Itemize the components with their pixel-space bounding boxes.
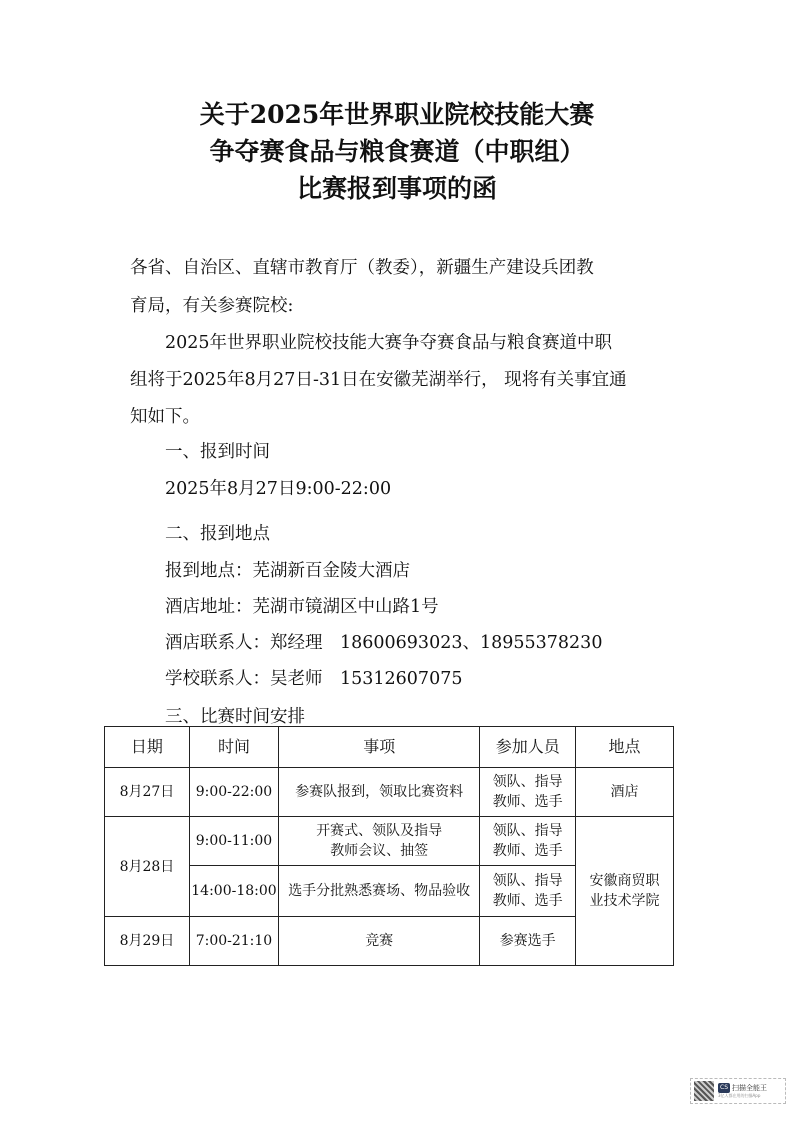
scanner-watermark: CS 扫描全能王 3亿人都在用的扫描App — [690, 1078, 786, 1104]
cell-time: 9:00-22:00 — [189, 768, 278, 817]
title-line-1: 关于2025年世界职业院校技能大赛 — [0, 97, 794, 133]
cell-item: 参赛队报到，领取比赛资料 — [279, 768, 480, 817]
cell-item: 竞赛 — [279, 917, 480, 966]
title-line-2: 争夺赛食品与粮食赛道（中职组） — [0, 134, 794, 170]
salutation-line-1: 各省、自治区、直辖市教育厅（教委），新疆生产建设兵团教 — [130, 254, 594, 279]
header-item: 事项 — [279, 727, 480, 768]
school-contact: 学校联系人：吴老师 15312607075 — [165, 665, 462, 690]
section-3-heading: 三、比赛时间安排 — [165, 703, 305, 728]
qr-code-icon — [694, 1081, 714, 1101]
cell-item: 开赛式、领队及指导教师会议、抽签 — [279, 817, 480, 866]
cell-item: 选手分批熟悉赛场、物品验收 — [279, 866, 480, 917]
header-place: 地点 — [576, 727, 674, 768]
cell-time: 7:00-21:10 — [189, 917, 278, 966]
table-header-row: 日期 时间 事项 参加人员 地点 — [105, 727, 674, 768]
people-line: 领队、指导 — [480, 821, 575, 841]
table-row: 8月27日 9:00-22:00 参赛队报到，领取比赛资料 领队、指导教师、选手… — [105, 768, 674, 817]
schedule-table: 日期 时间 事项 参加人员 地点 8月27日 9:00-22:00 参赛队报到，… — [104, 726, 674, 966]
header-date: 日期 — [105, 727, 190, 768]
people-line: 领队、指导 — [480, 772, 575, 792]
cell-time: 14:00-18:00 — [189, 866, 278, 917]
camscanner-logo-icon: CS — [718, 1083, 730, 1093]
section-1-heading: 一、报到时间 — [165, 438, 270, 463]
checkin-location: 报到地点：芜湖新百金陵大酒店 — [165, 557, 410, 582]
cell-place: 安徽商贸职业技术学院 — [576, 817, 674, 966]
salutation-line-2: 育局，有关参赛院校: — [130, 292, 293, 317]
people-line: 教师、选手 — [480, 792, 575, 812]
intro-line-1: 2025年世界职业院校技能大赛争夺赛食品与粮食赛道中职 — [165, 329, 612, 354]
cell-date: 8月27日 — [105, 768, 190, 817]
item-line: 教师会议、抽签 — [279, 841, 479, 861]
item-line: 开赛式、领队及指导 — [279, 821, 479, 841]
people-line: 教师、选手 — [480, 891, 575, 911]
header-time: 时间 — [189, 727, 278, 768]
intro-line-2: 组将于2025年8月27日-31日在安徽芜湖举行， 现将有关事宜通 — [130, 366, 627, 391]
hotel-contact: 酒店联系人：郑经理 18600693023、18955378230 — [165, 629, 602, 654]
cell-date: 8月29日 — [105, 917, 190, 966]
cell-people: 参赛选手 — [480, 917, 576, 966]
cell-people: 领队、指导教师、选手 — [480, 768, 576, 817]
intro-line-3: 知如下。 — [130, 403, 200, 428]
cell-people: 领队、指导教师、选手 — [480, 866, 576, 917]
cell-place: 酒店 — [576, 768, 674, 817]
section-1-text: 2025年8月27日9:00-22:00 — [165, 475, 391, 500]
cell-people: 领队、指导教师、选手 — [480, 817, 576, 866]
section-2-heading: 二、报到地点 — [165, 520, 270, 545]
people-line: 领队、指导 — [480, 871, 575, 891]
title-line-3: 比赛报到事项的函 — [0, 171, 794, 207]
table-row: 8月28日 9:00-11:00 开赛式、领队及指导教师会议、抽签 领队、指导教… — [105, 817, 674, 866]
people-line: 教师、选手 — [480, 841, 575, 861]
cell-time: 9:00-11:00 — [189, 817, 278, 866]
hotel-address: 酒店地址：芜湖市镜湖区中山路1号 — [165, 593, 439, 618]
place-line: 安徽商贸职 — [576, 871, 673, 891]
badge-title: 扫描全能王 — [732, 1084, 767, 1093]
header-people: 参加人员 — [480, 727, 576, 768]
place-line: 业技术学院 — [576, 891, 673, 911]
badge-subtitle: 3亿人都在用的扫描App — [718, 1093, 767, 1099]
cell-date: 8月28日 — [105, 817, 190, 917]
